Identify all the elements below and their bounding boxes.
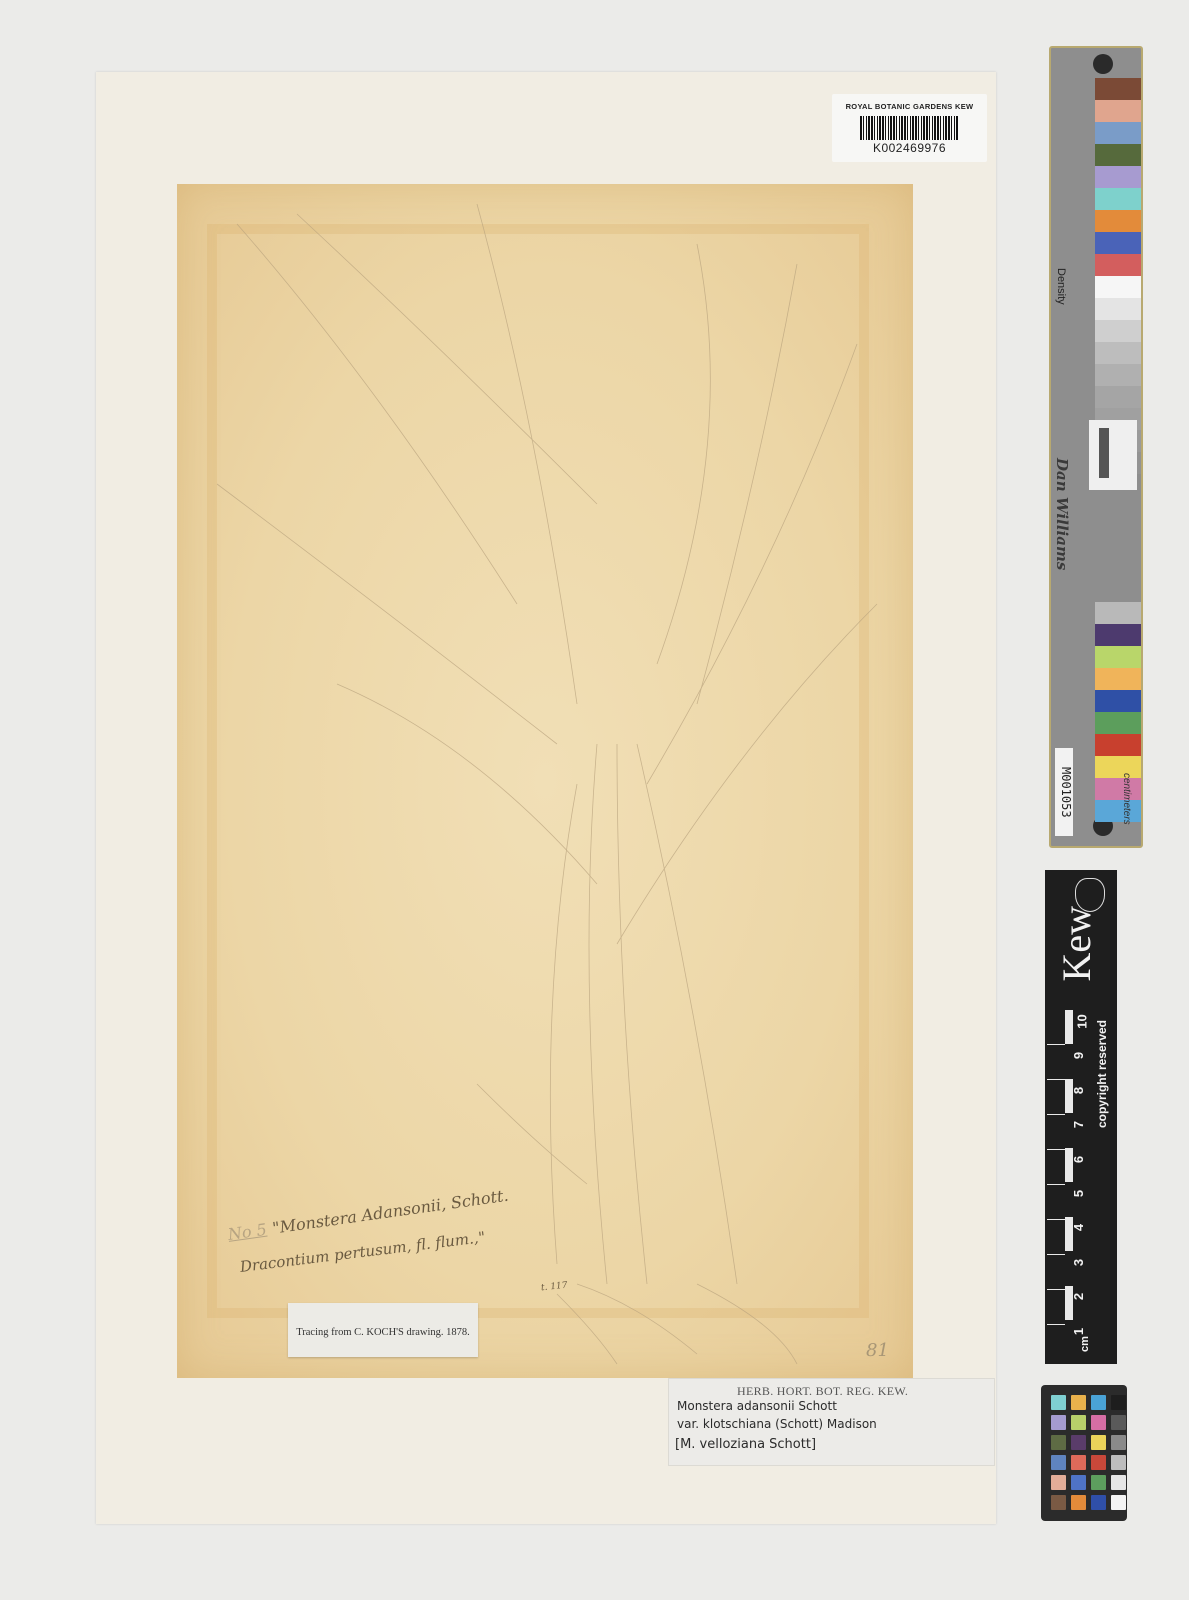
checker-patch xyxy=(1051,1455,1066,1470)
ruler-tick-label: 7 xyxy=(1071,1121,1086,1128)
checker-patch xyxy=(1091,1395,1106,1410)
checker-patch xyxy=(1091,1475,1106,1490)
ruler-tick-label: 6 xyxy=(1071,1155,1086,1162)
colour-patch xyxy=(1095,254,1141,276)
colour-patch xyxy=(1095,800,1141,822)
tracing-source-text: Tracing from C. KOCH'S drawing. 1878. xyxy=(288,1327,478,1338)
colour-patch xyxy=(1095,602,1141,624)
checker-patch xyxy=(1111,1415,1126,1430)
colour-patch xyxy=(1095,690,1141,712)
colour-patch xyxy=(1095,712,1141,734)
checker-patch xyxy=(1111,1435,1126,1450)
checker-patch xyxy=(1071,1395,1086,1410)
colour-patch xyxy=(1095,778,1141,800)
colour-patch xyxy=(1095,100,1141,122)
checker-patch xyxy=(1091,1495,1106,1510)
checker-patch xyxy=(1051,1475,1066,1490)
colour-patch xyxy=(1095,364,1141,386)
determination-label: HERB. HORT. BOT. REG. KEW. Monstera adan… xyxy=(668,1378,995,1466)
barcode-label: ROYAL BOTANIC GARDENS KEW K002469976 xyxy=(832,94,987,162)
colour-patch xyxy=(1095,320,1141,342)
colour-patch xyxy=(1095,756,1141,778)
colour-patch xyxy=(1095,276,1141,298)
checker-patch xyxy=(1051,1395,1066,1410)
determination-name: Monstera adansonii Schott xyxy=(677,1399,837,1413)
checker-patch xyxy=(1111,1495,1126,1510)
plant-sketch-icon xyxy=(177,184,913,1378)
barcode-number: K002469976 xyxy=(832,141,987,155)
colour-patch xyxy=(1095,668,1141,690)
grey-target xyxy=(1089,420,1137,490)
kew-ruler: Kew copyright reserved 10987654321 cm xyxy=(1045,870,1117,1364)
colour-patch xyxy=(1095,78,1141,100)
kew-logo: Kew xyxy=(1053,906,1100,982)
colour-patch xyxy=(1095,624,1141,646)
ruler-tick-label: 5 xyxy=(1071,1190,1086,1197)
tracing-source-label: Tracing from C. KOCH'S drawing. 1878. xyxy=(288,1303,478,1357)
colour-patch xyxy=(1095,342,1141,364)
checker-patch xyxy=(1051,1415,1066,1430)
checker-patch xyxy=(1051,1495,1066,1510)
colour-patch xyxy=(1095,386,1141,408)
colour-checker xyxy=(1041,1385,1127,1521)
density-label: Density xyxy=(1055,268,1067,305)
colour-patch xyxy=(1095,646,1141,668)
barcode-icon xyxy=(860,116,958,140)
colour-patch xyxy=(1095,210,1141,232)
ruler-unit: cm xyxy=(1079,1336,1091,1352)
ruler-tick-label: 10 xyxy=(1075,1014,1090,1028)
checker-patch xyxy=(1111,1395,1126,1410)
checker-patch xyxy=(1071,1455,1086,1470)
colour-patch xyxy=(1095,122,1141,144)
ruler-bar-alt xyxy=(1065,1010,1073,1354)
checker-patch xyxy=(1091,1435,1106,1450)
copyright-text: copyright reserved xyxy=(1095,1020,1109,1128)
ruler-tick-label: 2 xyxy=(1071,1293,1086,1300)
scale-brand: Dan Williams xyxy=(1053,458,1071,570)
colour-patch xyxy=(1095,166,1141,188)
herbarium-header: HERB. HORT. BOT. REG. KEW. xyxy=(737,1384,908,1399)
checker-patch xyxy=(1071,1435,1086,1450)
page-number: 81 xyxy=(866,1340,889,1361)
colour-patch xyxy=(1095,232,1141,254)
colour-patch xyxy=(1095,734,1141,756)
ruler-tick-label: 3 xyxy=(1071,1259,1086,1266)
hole-icon xyxy=(1093,54,1113,74)
checker-patch xyxy=(1071,1475,1086,1490)
colour-patch xyxy=(1095,144,1141,166)
colour-patch xyxy=(1095,188,1141,210)
institution-name: ROYAL BOTANIC GARDENS KEW xyxy=(832,102,987,111)
checker-patch xyxy=(1071,1495,1086,1510)
colour-scale: inches Density Dan Williams M001053 cent… xyxy=(1049,46,1143,848)
determination-synonym: [M. velloziana Schott] xyxy=(675,1437,816,1452)
ruler-tick-label: 4 xyxy=(1071,1224,1086,1231)
checker-patch xyxy=(1091,1415,1106,1430)
ruler-tick-label: 9 xyxy=(1071,1052,1086,1059)
checker-patch xyxy=(1091,1455,1106,1470)
determination-variety: var. klotschiana (Schott) Madison xyxy=(677,1417,877,1431)
tracing-paper xyxy=(177,184,913,1378)
checker-patch xyxy=(1051,1435,1066,1450)
checker-patch xyxy=(1071,1415,1086,1430)
checker-grid xyxy=(1051,1395,1126,1510)
ruler-tick-label: 1 xyxy=(1071,1327,1086,1334)
colour-patch xyxy=(1095,298,1141,320)
scale-code: M001053 xyxy=(1055,748,1073,836)
ruler-tick-label: 8 xyxy=(1071,1087,1086,1094)
units-centimeters: centimeters xyxy=(1121,773,1132,825)
checker-patch xyxy=(1111,1455,1126,1470)
checker-patch xyxy=(1111,1475,1126,1490)
